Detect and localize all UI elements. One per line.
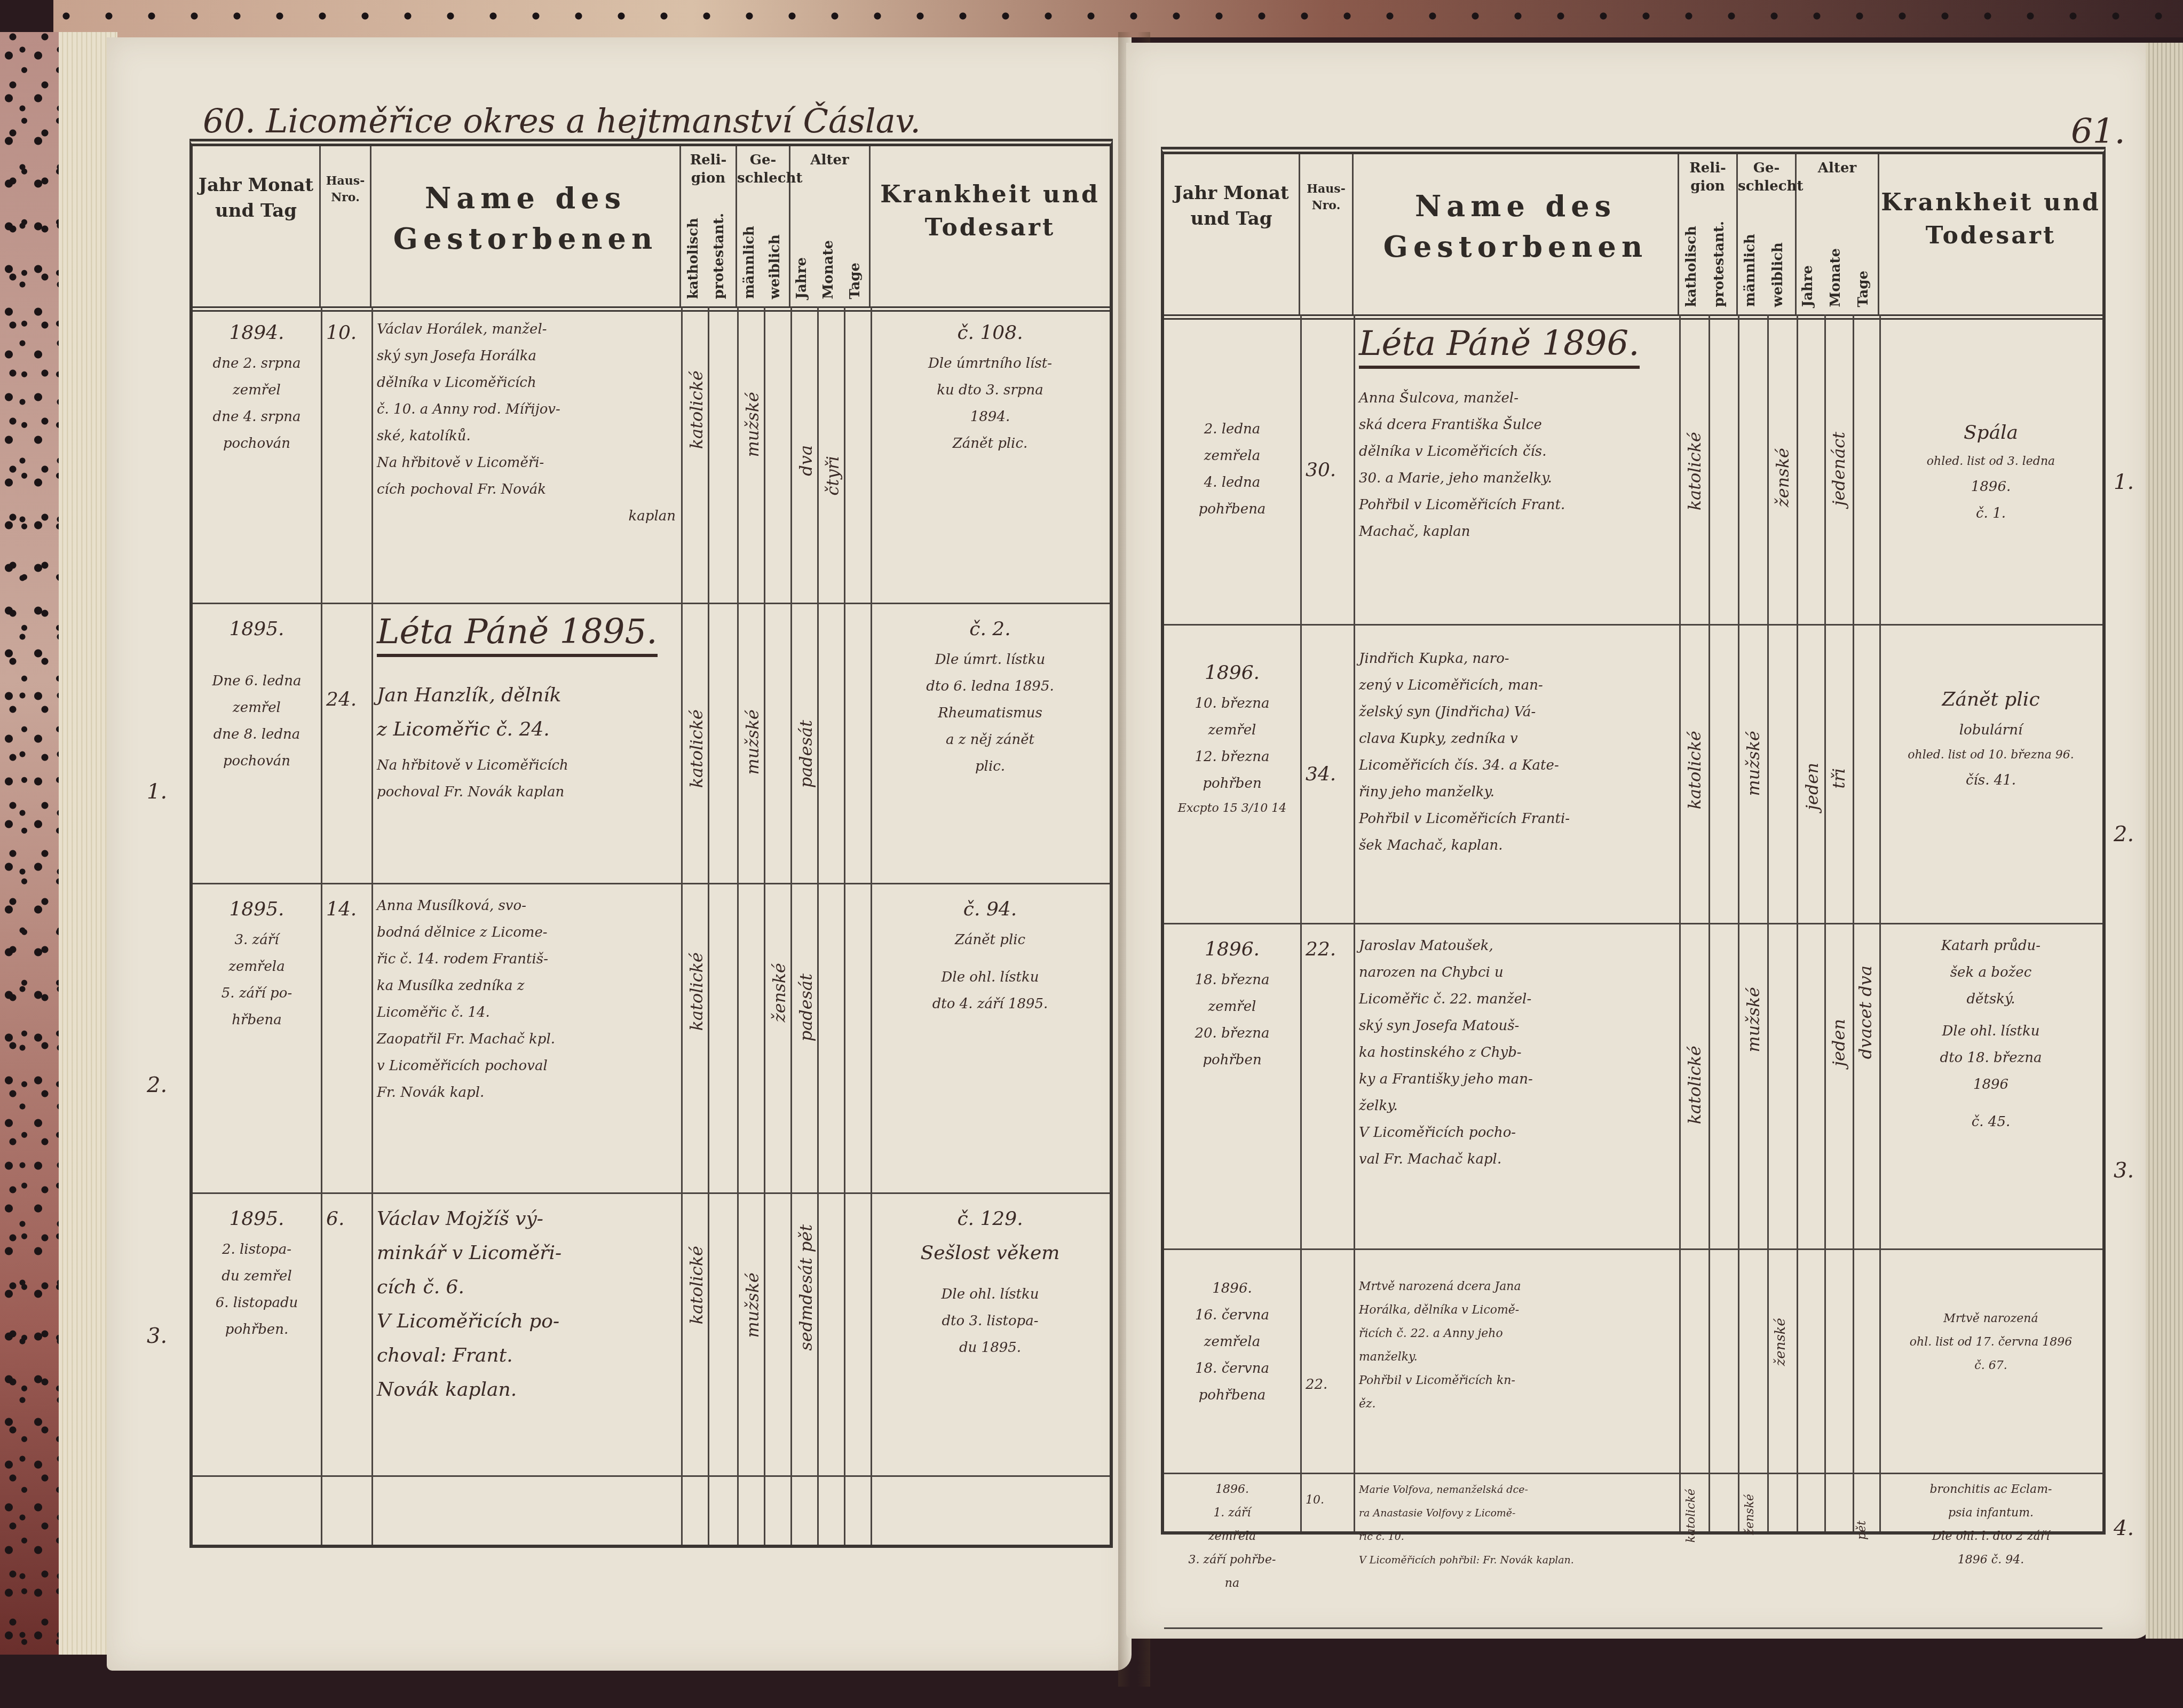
year-heading: Léta Páně 1896. [1359,324,1640,369]
marbled-cover-left [0,32,59,1655]
header-house: Haus-Nro. [1300,154,1354,314]
name-cell: Jaroslav Matoušek, narozen na Chybci u L… [1354,923,1679,1248]
header-house: Haus-Nro. [321,146,371,306]
header-sex: Ge-schlecht männlich weiblich [737,146,790,306]
sex-value: mužské [742,392,763,457]
age-months: jeden [1829,1019,1849,1066]
age-years: jeden [1802,763,1822,810]
age-days: dvacet dva [1855,966,1876,1059]
date-cell: 1896. 16. června zemřela 18. června pohř… [1164,1248,1300,1473]
religion-value: katolické [1684,1046,1705,1124]
date-cell: 1896. 10. března zemřel 12. března pohřb… [1164,624,1300,923]
page-title: 60. Licoměřice okres a hejtmanství Čásla… [203,101,921,140]
date-cell: 1895. Dne 6. ledna zemřel dne 8. ledna p… [193,603,321,883]
entries-right: 2. ledna zemřela 4. ledna pohřbena 30. L… [1164,314,2102,1531]
age-years: padesát [796,720,816,788]
header-cause: Krankheit und Todesart [1879,154,2102,314]
date-cell: 1894. dne 2. srpna zemřel dne 4. srpna p… [193,306,321,603]
religion-value: katolické [686,952,707,1031]
cause-cell: č. 129. Sešlost věkem Dle ohl. lístku dt… [871,1192,1110,1475]
age-days: pět [1855,1521,1869,1540]
name-cell: Václav Mojžíš vý- minkář v Licoměři- cíc… [371,1192,681,1475]
religion-value: katolické [1684,731,1705,809]
cause-cell: Spála ohled. list od 3. ledna 1896. č. 1… [1879,314,2102,624]
name-cell: Léta Páně 1895. Jan Hanzlík, dělník z Li… [371,603,681,883]
religion-value: katolické [1684,432,1705,510]
house-number: 10. [321,306,371,603]
register-entry: 1895. Dne 6. ledna zemřel dne 8. ledna p… [193,603,1110,884]
margin-number: 3. [147,1324,167,1348]
cause-cell: Mrtvě narozená ohl. list od 17. června 1… [1879,1248,2102,1473]
name-cell: Anna Musílková, svo- bodná dělnice z Lic… [371,883,681,1192]
house-number: 30. [1300,314,1354,624]
house-number: 24. [321,603,371,883]
margin-number: 1. [2114,470,2134,494]
religion-value: katolické [686,709,707,788]
name-cell: Václav Horálek, manžel- ský syn Josefa H… [371,306,681,603]
religion-value: katolické [686,1246,707,1324]
age-years: dva [796,445,816,476]
date-cell: 1895. 3. září zemřela 5. září po- hřbena [193,883,321,1192]
header-cause: Krankheit und Todesart [871,146,1110,306]
date-cell: 1895. 2. listopa- du zemřel 6. listopadu… [193,1192,321,1475]
date-cell: 1896. 1. září zemřela 3. září pohřbe- na [1164,1473,1300,1627]
margin-number: 2. [147,1073,167,1097]
register-table-left: Jahr Monat und Tag Haus-Nro. Name des Ge… [189,139,1113,1548]
entries-left: 1894. dne 2. srpna zemřel dne 4. srpna p… [193,306,1110,1545]
register-entry: 2. ledna zemřela 4. ledna pohřbena 30. L… [1164,314,2102,626]
register-table-right: Jahr Monat und Tag Haus-Nro. Name des Ge… [1161,147,2106,1535]
cause-cell: č. 108. Dle úmrtního líst- ku dto 3. srp… [871,306,1110,603]
margin-number: 4. [2114,1516,2134,1540]
header-sex: Ge-schlecht männlich weiblich [1738,154,1797,314]
header-date: Jahr Monat und Tag [193,146,321,306]
cause-cell: č. 94. Zánět plic Dle ohl. lístku dto 4.… [871,883,1110,1192]
cause-cell: Katarh průdu- šek a božec dětský. Dle oh… [1879,923,2102,1248]
house-number: 10. [1300,1473,1354,1627]
cause-cell: č. 2. Dle úmrt. lístku dto 6. ledna 1895… [871,603,1110,883]
page-number: 61. [2071,112,2125,152]
register-entry: 1896. 10. března zemřel 12. března pohřb… [1164,624,2102,924]
sex-value: ženské [1773,1318,1789,1366]
margin-number: 1. [147,779,167,804]
register-entry: 1896. 18. března zemřel 20. března pohřb… [1164,923,2102,1250]
house-number: 14. [321,883,371,1192]
cause-cell: bronchitis ac Eclam- psia infantum. Dle … [1879,1473,2102,1627]
house-number: 6. [321,1192,371,1475]
age-years: sedmdesát pět [796,1224,816,1350]
date-note: Excpto 15 3/10 14 [1169,797,1295,820]
house-number: 22. [1300,1248,1354,1473]
name-cell: Léta Páně 1896. Anna Šulcova, manžel- sk… [1354,314,1679,624]
cause-cell: Zánět plic lobulární ohled. list od 10. … [1879,624,2102,923]
header-name: Name des Gestorbenen [1354,154,1679,314]
age-months: čtyři [822,456,843,495]
house-number: 22. [1300,923,1354,1248]
name-cell: Marie Volfova, nemanželská dce- ra Anast… [1354,1473,1679,1627]
date-cell: 1896. 18. března zemřel 20. března pohřb… [1164,923,1300,1248]
register-entry: 1894. dne 2. srpna zemřel dne 4. srpna p… [193,306,1110,604]
sex-value: mužské [1743,731,1763,796]
religion-value: katolické [1684,1489,1698,1543]
header-religion: Reli-gion katholisch protestant. [1679,154,1738,314]
page-stack-right [2146,43,2183,1639]
header-age: Alter Jahre Monate Tage [790,146,871,306]
header-date: Jahr Monat und Tag [1164,154,1300,314]
header-name: Name des Gestorbenen [371,146,681,306]
sex-value: mužské [742,709,763,775]
age-years: padesát [796,974,816,1041]
religion-value: katolické [686,370,707,449]
name-cell: Mrtvě narozená dcera Jana Horálka, dělní… [1354,1248,1679,1473]
sex-value: mužské [742,1272,763,1338]
register-entry: 1896. 1. září zemřela 3. září pohřbe- na… [1164,1473,2102,1629]
sex-value: ženské [1743,1494,1757,1535]
register-entry: 1895. 2. listopa- du zemřel 6. listopadu… [193,1192,1110,1477]
age-months: tři [1829,768,1849,788]
register-entry: 1896. 16. června zemřela 18. června pohř… [1164,1248,2102,1474]
date-cell: 2. ledna zemřela 4. ledna pohřbena [1164,314,1300,624]
sex-value: ženské [1773,448,1793,507]
sex-value: mužské [1743,987,1763,1053]
register-entry: 1895. 3. září zemřela 5. září po- hřbena… [193,883,1110,1194]
table-header: Jahr Monat und Tag Haus-Nro. Name des Ge… [1164,154,2102,320]
year-heading: Léta Páně 1895. [377,612,658,657]
sex-value: ženské [769,963,789,1022]
header-religion: Reli-gion katholisch protestant. [681,146,737,306]
table-header: Jahr Monat und Tag Haus-Nro. Name des Ge… [193,146,1110,312]
house-number: 34. [1300,624,1354,923]
margin-number: 2. [2114,822,2134,847]
margin-number: 3. [2114,1158,2134,1183]
name-cell: Jindřich Kupka, naro- zený v Licoměřicíc… [1354,624,1679,923]
age-months: jedenáct [1829,432,1849,506]
header-age: Alter Jahre Monate Tage [1797,154,1879,314]
